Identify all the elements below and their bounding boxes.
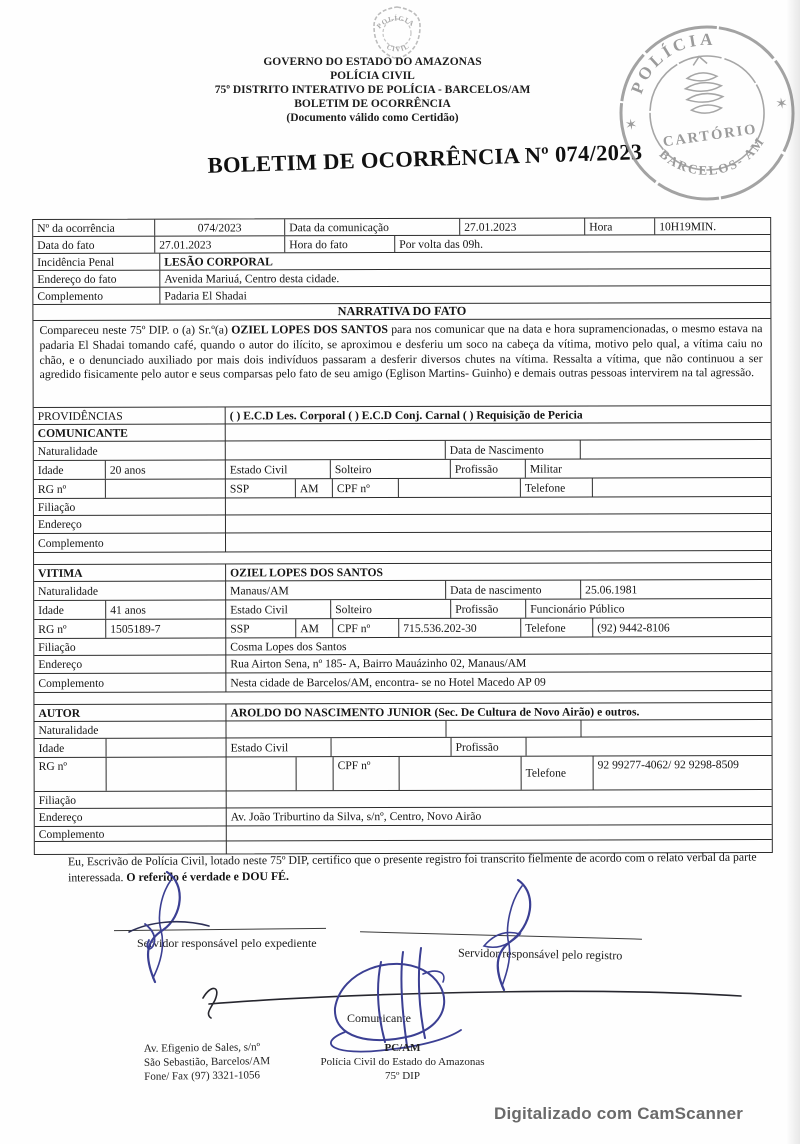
comunicante-idade-label: Idade (34, 461, 106, 479)
camscanner-credit: Digitalizado com CamScanner (494, 1104, 743, 1124)
hora-label: Hora (585, 218, 655, 234)
narrativa-prefix: Compareceu neste 75º DIP. o (a) Sr.º(a) (39, 322, 231, 337)
comunicante-nome-value (226, 423, 771, 440)
comunicante-estado-civil-label: Estado Civil (226, 460, 331, 478)
stamp-emblem-scribble (681, 54, 725, 116)
cartorio-round-stamp-icon: POLÍCIA BARCELOS- AM CARTÓRIO ✶ ✶ (600, 6, 800, 221)
vitima-idade-label: Idade (34, 601, 106, 619)
header-org-line: POLÍCIA CIVIL (150, 69, 595, 83)
table-row: Naturalidade Data de Nascimento (34, 440, 771, 461)
hora-fato-value: Por volta das 09h. (395, 235, 770, 252)
table-row: Idade Estado Civil Profissão (35, 737, 772, 758)
vitima-complemento-value: Nesta cidade de Barcelos/AM, encontra- s… (226, 672, 771, 691)
policia-civil-badge-icon: POLÍCIA CIVIL (352, 4, 442, 62)
autor-complemento-label: Complemento (35, 826, 227, 841)
footer-org-line: 75º DIP (290, 1069, 515, 1083)
comunicante-cpf-label: CPF nº (333, 479, 399, 497)
autor-profissao-label: Profissão (452, 738, 527, 756)
comunicante-rg-value (106, 479, 226, 497)
autor-uf-cell (297, 757, 334, 790)
vitima-telefone-label: Telefone (521, 619, 593, 637)
vitima-naturalidade-label: Naturalidade (34, 581, 226, 600)
vitima-idade-value: 41 anos (106, 600, 226, 618)
vitima-rg-value: 1505189-7 (106, 619, 226, 637)
spacer-cell (34, 691, 771, 704)
header-org-line: 75º DISTRITO INTERATIVO DE POLÍCIA - BAR… (150, 83, 595, 97)
hora-value: 10H19MIN. (655, 218, 770, 234)
comunicante-estado-civil-value: Solteiro (331, 460, 451, 478)
table-row: Endereço Rua Airton Sena, nº 185- A, Bai… (34, 654, 771, 674)
svg-text:CIVIL: CIVIL (385, 42, 411, 54)
table-row: Complemento Nesta cidade de Barcelos/AM,… (34, 672, 771, 693)
comunicante-naturalidade-label: Naturalidade (34, 441, 226, 460)
autor-profissao-value (527, 737, 772, 756)
comunicante-profissao-value: Militar (526, 459, 771, 478)
registro-signature-ink (466, 876, 550, 994)
table-row: PROVIDÊNCIAS ( ) E.C.D Les. Corporal ( )… (34, 406, 771, 425)
comunicante-rg-label: RG nº (34, 480, 106, 498)
badge-bottom-text: CIVIL (385, 42, 411, 54)
comunicante-filiacao-value (226, 497, 771, 514)
vitima-profissao-label: Profissão (451, 600, 526, 618)
occurrence-form-table: Nº da ocorrência 074/2023 Data da comuni… (32, 217, 773, 855)
footer-org-line: Polícia Civil do Estado do Amazonas (290, 1055, 515, 1069)
vitima-complemento-label: Complemento (34, 673, 226, 692)
incidencia-penal-label: Incidência Penal (33, 254, 160, 270)
spacer-cell (34, 551, 771, 564)
table-row: Idade 41 anos Estado Civil Solteiro Prof… (34, 599, 771, 620)
comunicante-idade-value: 20 anos (106, 460, 226, 478)
table-row: Endereço (34, 514, 771, 534)
providencias-label: PROVIDÊNCIAS (34, 407, 226, 424)
comunicante-cpf-value (399, 479, 521, 497)
vitima-uf-label: AM (296, 619, 333, 637)
vitima-profissao-value: Funcionário Público (526, 599, 771, 618)
vitima-endereco-value: Rua Airton Sena, nº 185- A, Bairro Mauáz… (226, 654, 771, 672)
autor-endereco-value: Av. João Triburtino da Silva, s/nº, Cent… (227, 807, 772, 825)
table-row: AUTOR AROLDO DO NASCIMENTO JUNIOR (Sec. … (34, 703, 771, 722)
autor-estado-civil-value (332, 738, 452, 756)
comunicante-uf-label: AM (296, 479, 333, 497)
comunicante-naturalidade-value (226, 441, 446, 460)
autor-cpf-label: CPF nº (334, 757, 400, 790)
autor-section-label: AUTOR (34, 704, 226, 721)
vitima-naturalidade-value: Manaus/AM (226, 581, 446, 600)
comunicante-complemento-value (226, 532, 771, 551)
table-row: Compareceu neste 75º DIP. o (a) Sr.º(a) … (33, 319, 770, 408)
table-row: Data do fato 27.01.2023 Hora do fato Por… (33, 235, 770, 254)
vitima-cpf-label: CPF nº (333, 619, 399, 637)
comunicante-profissao-label: Profissão (451, 460, 526, 478)
autor-cpf-value (400, 757, 522, 790)
table-row: NARRATIVA DO FATO (33, 303, 770, 321)
autor-data-nascimento-cell (446, 721, 581, 737)
comunicante-data-nascimento-label: Data de Nascimento (446, 441, 581, 459)
vitima-filiacao-value: Cosma Lopes dos Santos (226, 637, 771, 654)
endereco-fato-label: Endereço do fato (33, 271, 160, 287)
footer-address-line: Fone/ Fax (97) 3321-1056 (144, 1068, 270, 1084)
data-comunicacao-label: Data da comunicação (285, 219, 460, 235)
comunicante-section-label: COMUNICANTE (34, 424, 226, 441)
vitima-data-nascimento-value: 25.06.1981 (581, 580, 771, 598)
vitima-filiacao-label: Filiação (34, 638, 226, 655)
autor-rg-label: RG nº (35, 758, 107, 791)
autor-idade-value (107, 738, 227, 756)
table-row: Filiação (34, 497, 771, 516)
header-org-block: GOVERNO DO ESTADO DO AMAZONAS POLÍCIA CI… (150, 55, 595, 125)
table-row: Filiação Cosma Lopes dos Santos (34, 637, 771, 656)
autor-telefone-value: 92 99277-4062/ 92 9298-8509 (594, 756, 772, 789)
header-org-line: BOLETIM DE OCORRÊNCIA (150, 97, 595, 111)
vitima-endereco-label: Endereço (34, 655, 226, 673)
table-row: COMUNICANTE (34, 423, 771, 442)
autor-estado-civil-label: Estado Civil (227, 738, 332, 756)
table-row: RG nº CPF nº Telefone 92 99277-4062/ 92 … (35, 756, 772, 792)
narrativa-title: NARRATIVA DO FATO (33, 303, 770, 320)
autor-filiacao-label: Filiação (35, 791, 227, 808)
table-row: VITIMA OZIEL LOPES DOS SANTOS (34, 563, 771, 582)
autor-nome-value: AROLDO DO NASCIMENTO JUNIOR (Sec. De Cul… (226, 703, 771, 720)
autor-empty-row-label-cell (35, 841, 227, 854)
autor-telefone-label: Telefone (522, 757, 594, 790)
comunicante-telefone-value (593, 478, 771, 496)
autor-endereco-label: Endereço (35, 808, 227, 826)
signature-label-comunicante: Comunicante (347, 1011, 411, 1026)
data-fato-label: Data do fato (33, 237, 155, 253)
table-row: Complemento Padaria El Shadai (33, 286, 770, 305)
autor-data-nascimento-value (581, 720, 771, 736)
numero-ocorrencia-value: 074/2023 (155, 219, 285, 235)
vitima-data-nascimento-label: Data de nascimento (446, 581, 581, 599)
data-fato-value: 27.01.2023 (155, 236, 285, 252)
autor-complemento-value (227, 825, 772, 840)
vitima-section-label: VITIMA (34, 564, 226, 581)
table-row: Naturalidade Manaus/AM Data de nasciment… (34, 580, 771, 601)
table-row: Endereço do fato Avenida Mariuá, Centro … (33, 269, 770, 288)
hora-fato-label: Hora do fato (285, 236, 395, 252)
vitima-cpf-value: 715.536.202-30 (399, 619, 521, 637)
table-row: Endereço Av. João Triburtino da Silva, s… (35, 807, 772, 827)
comunicante-filiacao-label: Filiação (34, 498, 226, 515)
vitima-estado-civil-value: Solteiro (331, 600, 451, 618)
comunicante-data-nascimento-value (581, 440, 771, 458)
comunicante-complemento-label: Complemento (34, 533, 226, 552)
comunicante-endereco-label: Endereço (34, 515, 226, 533)
comunicante-endereco-value (226, 514, 771, 532)
vitima-nome-value: OZIEL LOPES DOS SANTOS (226, 563, 771, 580)
table-row: Idade 20 anos Estado Civil Solteiro Prof… (34, 459, 771, 480)
providencias-options: ( ) E.C.D Les. Corporal ( ) E.C.D Conj. … (226, 406, 771, 423)
vitima-ssp-label: SSP (226, 619, 296, 637)
autor-naturalidade-value (226, 721, 446, 738)
table-row: Complemento (34, 532, 771, 553)
expediente-signature-ink (123, 866, 213, 988)
header-org-line: GOVERNO DO ESTADO DO AMAZONAS (150, 55, 595, 69)
vitima-rg-label: RG nº (34, 620, 106, 638)
complemento-fato-value: Padaria El Shadai (160, 286, 770, 304)
table-row: Incidência Penal LESÃO CORPORAL (33, 252, 770, 271)
incidencia-penal-value: LESÃO CORPORAL (160, 252, 770, 270)
complemento-fato-label: Complemento (33, 288, 160, 304)
footer-address-block: Av. Efigenio de Sales, s/nº São Sebastiã… (144, 1040, 271, 1084)
comunicante-telefone-label: Telefone (521, 479, 593, 497)
stamp-star-left: ✶ (624, 117, 639, 135)
autor-rg-value (107, 757, 227, 790)
table-row: Naturalidade (34, 720, 771, 739)
comunicante-ssp-label: SSP (226, 479, 296, 497)
table-row: RG nº 1505189-7 SSP AM CPF nº 715.536.20… (34, 618, 771, 639)
table-row: RG nº SSP AM CPF nº Telefone (34, 478, 771, 499)
page-title: BOLETIM DE OCORRÊNCIA Nº 074/2023 (170, 138, 681, 180)
stamp-center-text: CARTÓRIO (662, 120, 759, 150)
vitima-telefone-value: (92) 9442-8106 (593, 618, 771, 636)
footer-org-block: PC/AM Polícia Civil do Estado do Amazona… (290, 1041, 515, 1083)
data-comunicacao-value: 27.01.2023 (460, 219, 585, 235)
narrativa-nome-comunicante: OZIEL LOPES DOS SANTOS (231, 322, 388, 336)
autor-naturalidade-label: Naturalidade (34, 721, 226, 738)
scan-edge-shadow (786, 0, 800, 1144)
autor-idade-label: Idade (35, 739, 107, 757)
autor-filiacao-value (227, 790, 772, 807)
narrativa-text: Compareceu neste 75º DIP. o (a) Sr.º(a) … (33, 319, 770, 407)
endereco-fato-value: Avenida Mariuá, Centro desta cidade. (160, 269, 770, 287)
numero-ocorrencia-label: Nº da ocorrência (33, 220, 155, 236)
scanned-police-report-page: POLÍCIA CIVIL GOVERNO DO ESTADO DO AMAZO… (0, 0, 800, 1144)
table-row: Nº da ocorrência 074/2023 Data da comuni… (33, 218, 770, 237)
footer-org-line: PC/AM (290, 1041, 515, 1055)
vitima-estado-civil-label: Estado Civil (226, 600, 331, 618)
autor-ssp-cell (227, 757, 297, 790)
table-row: Filiação (35, 790, 772, 809)
header-org-line: (Documento válido como Certidão) (150, 111, 595, 125)
